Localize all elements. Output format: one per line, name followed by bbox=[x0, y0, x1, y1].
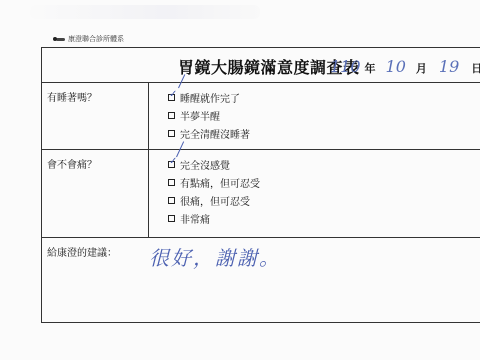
suggestion-row: 給康澄的建議： 很好，謝謝。 bbox=[42, 237, 480, 322]
option-checkbox[interactable]: 睡醒就作完了 bbox=[168, 88, 250, 106]
scan-shadow bbox=[30, 5, 260, 19]
option-checkbox[interactable]: 完全沒感覺 bbox=[168, 155, 260, 173]
suggestion-label: 給康澄的建議： bbox=[47, 244, 117, 259]
clinic-logo-icon bbox=[56, 38, 65, 41]
suggestion-handwritten[interactable]: 很好，謝謝。 bbox=[149, 242, 281, 271]
option-checkbox[interactable]: 有點痛，但可忍受 bbox=[168, 173, 260, 191]
checkbox-icon[interactable] bbox=[168, 197, 175, 204]
checkbox-checked-icon[interactable] bbox=[168, 94, 175, 101]
question-row-sleep: 有睡著嗎？ 睡醒就作完了 半夢半醒 完全清醒沒睡著 bbox=[42, 82, 480, 150]
question-label: 有睡著嗎？ bbox=[47, 89, 97, 104]
form-date: 110 年 10 月 19 日 bbox=[330, 57, 480, 76]
option-checkbox[interactable]: 半夢半醒 bbox=[168, 106, 250, 124]
column-divider bbox=[148, 149, 149, 237]
column-divider bbox=[148, 82, 149, 149]
checkbox-checked-icon[interactable] bbox=[168, 161, 175, 168]
question-row-pain: 會不會痛？ 完全沒感覺 有點痛，但可忍受 很痛，但可忍受 非常痛 bbox=[42, 149, 480, 238]
option-checkbox[interactable]: 很痛，但可忍受 bbox=[168, 191, 260, 209]
year-label: 年 bbox=[365, 60, 376, 76]
org-name: 康澄聯合診所體系 bbox=[68, 34, 124, 44]
day-label: 日 bbox=[471, 60, 480, 76]
date-year[interactable]: 110 bbox=[330, 57, 361, 76]
option-checkbox[interactable]: 完全清醒沒睡著 bbox=[168, 124, 250, 142]
date-month[interactable]: 10 bbox=[386, 57, 406, 76]
option-checkbox[interactable]: 非常痛 bbox=[168, 209, 260, 227]
checkbox-icon[interactable] bbox=[168, 130, 175, 137]
checkbox-icon[interactable] bbox=[168, 179, 175, 186]
org-header: 康澄聯合診所體系 bbox=[56, 34, 124, 44]
question-label: 會不會痛？ bbox=[47, 156, 97, 171]
date-day[interactable]: 19 bbox=[439, 57, 459, 76]
checkbox-icon[interactable] bbox=[168, 215, 175, 222]
month-label: 月 bbox=[416, 60, 427, 76]
checkbox-icon[interactable] bbox=[168, 112, 175, 119]
survey-form: 胃鏡大腸鏡滿意度調查表 110 年 10 月 19 日 有睡著嗎？ 睡醒就作完了… bbox=[41, 47, 480, 323]
form-header: 胃鏡大腸鏡滿意度調查表 110 年 10 月 19 日 bbox=[42, 48, 480, 83]
